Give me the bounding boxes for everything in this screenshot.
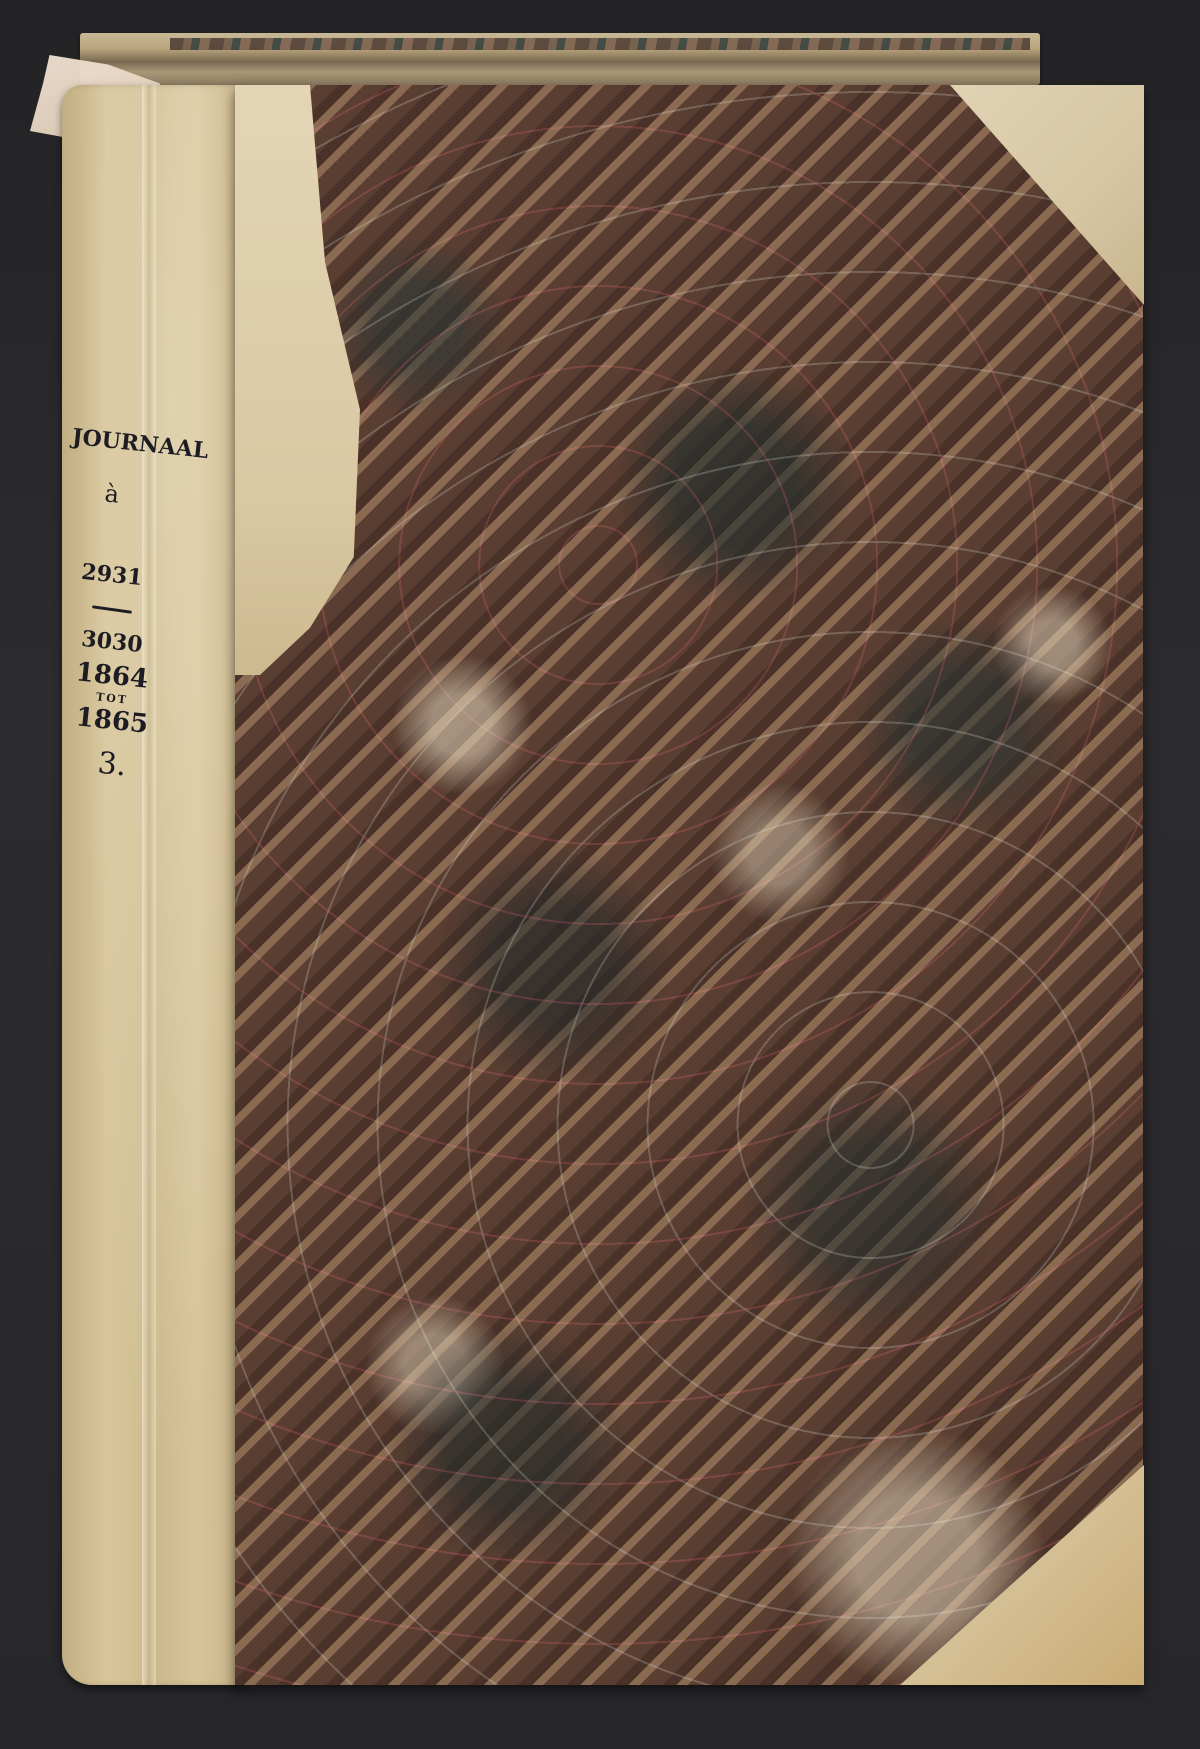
- marbled-board-edge: [170, 38, 1030, 50]
- spine-divider: [92, 605, 132, 614]
- marble-veins: [235, 85, 1143, 1685]
- book-top-edge: [80, 33, 1040, 85]
- spine-label-start-number: 2931: [71, 560, 153, 590]
- spine-label-journaal: JOURNAAL: [71, 426, 153, 456]
- spine-label-end-year: 1865: [71, 704, 153, 738]
- spine-hinge: [142, 85, 156, 1685]
- spine-label-end-number: 3030: [71, 627, 153, 657]
- spine-label-a: à: [71, 478, 153, 510]
- marbled-front-cover: [235, 85, 1143, 1685]
- spine-label-volume: 3.: [71, 746, 154, 784]
- spine-label-start-year: 1864: [71, 659, 153, 693]
- spine-title: JOURNAAL à 2931 3030 1864 TOT 1865 3.: [72, 430, 152, 780]
